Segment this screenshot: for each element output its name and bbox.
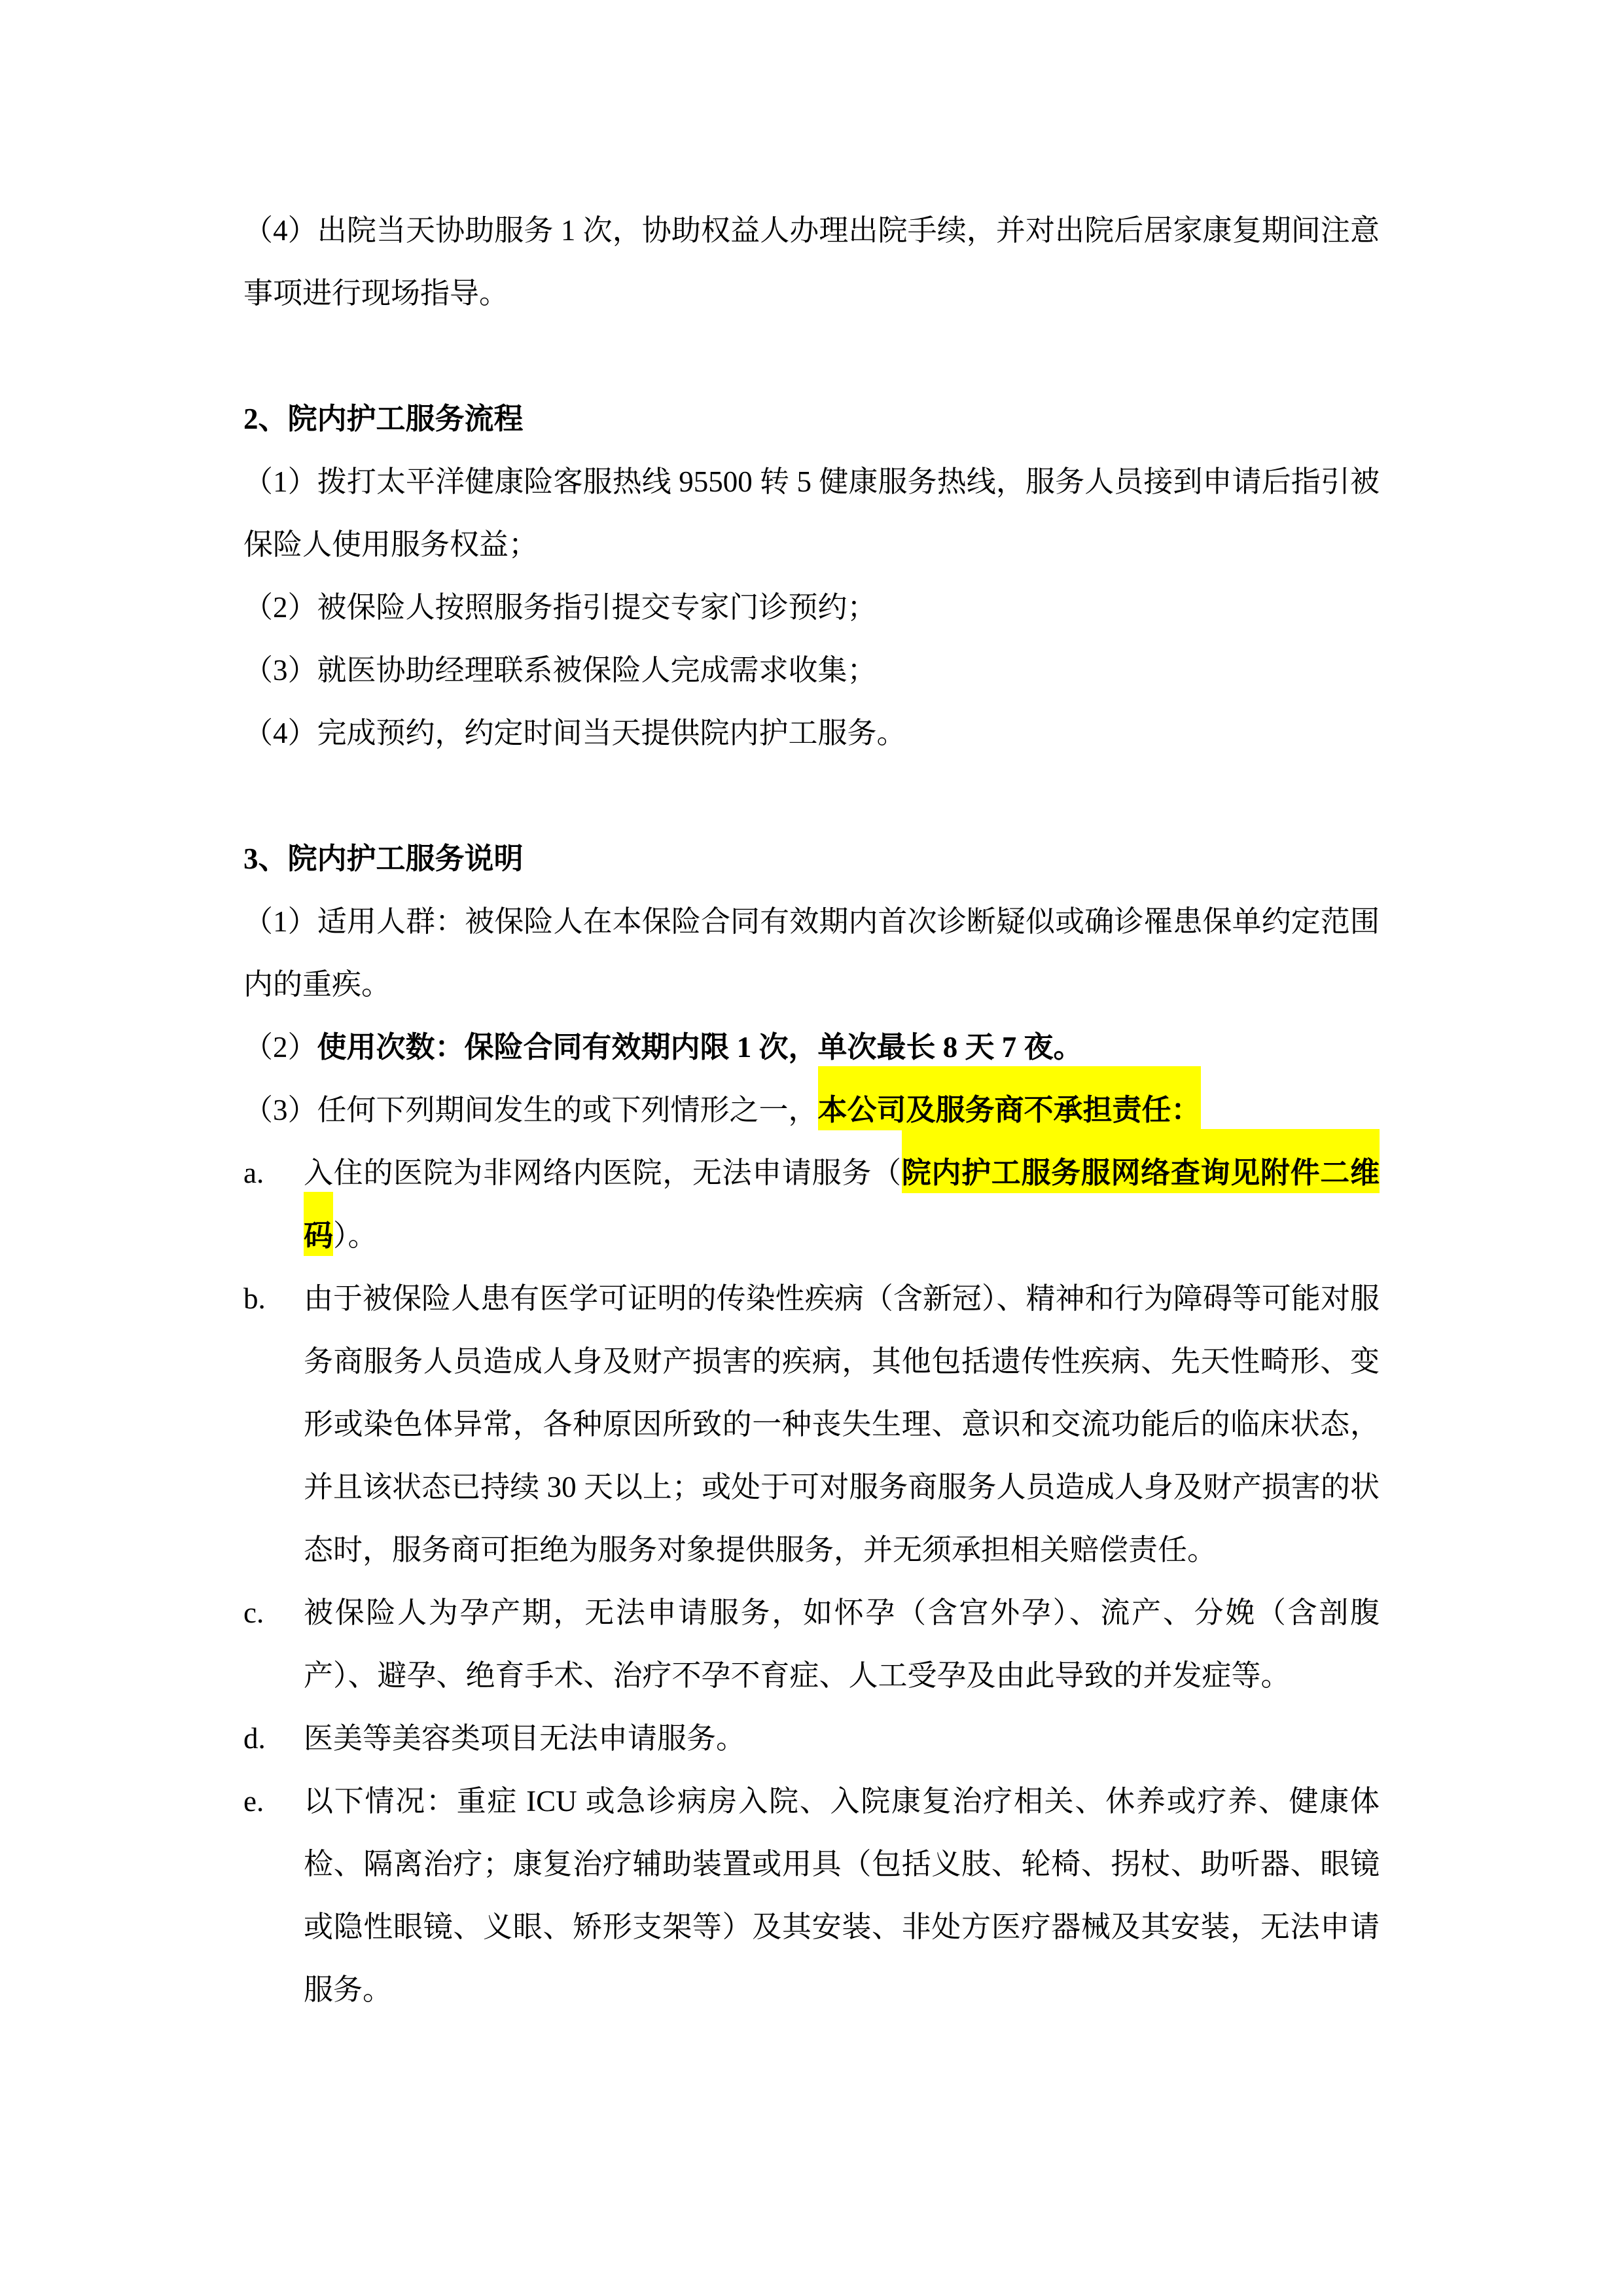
text-run: 3、院内护工服务说明 (243, 842, 524, 875)
text-run: ）。 (333, 1219, 378, 1252)
text-run: （2）被保险人按照服务指引提交专家门诊预约； (243, 591, 877, 624)
paragraph: （4）出院当天协助服务 1 次，协助权益人办理出院手续，并对出院后居家康复期间注… (243, 199, 1380, 325)
text-run: 2、院内护工服务流程 (243, 403, 524, 435)
list-item: e.以下情况：重症 ICU 或急诊病房入院、入院康复治疗相关、休养或疗养、健康体… (243, 1770, 1380, 2021)
text-run: 使用次数：保险合同有效期内限 1 次，单次最长 8 天 7 夜。 (317, 1031, 1083, 1064)
text-run: （1）拨打太平洋健康险客服热线 95500 转 5 健康服务热线，服务人员接到申… (243, 465, 1380, 561)
paragraph: （2）被保险人按照服务指引提交专家门诊预约； (243, 576, 1380, 639)
text-run: （3）就医协助经理联系被保险人完成需求收集； (243, 654, 877, 687)
blank-line (243, 325, 1380, 387)
list-item-text: 以下情况：重症 ICU 或急诊病房入院、入院康复治疗相关、休养或疗养、健康体检、… (304, 1770, 1380, 2021)
highlighted-text-run: 本公司及服务商不承担责任： (818, 1066, 1201, 1130)
list-item: d.医美等美容类项目无法申请服务。 (243, 1707, 1380, 1770)
text-run: （4）完成预约，约定时间当天提供院内护工服务。 (243, 717, 906, 749)
text-run: 以下情况：重症 ICU 或急诊病房入院、入院康复治疗相关、休养或疗养、健康体检、… (304, 1785, 1380, 2006)
list-item-text: 被保险人为孕产期，无法申请服务，如怀孕（含宫外孕）、流产、分娩（含剖腹产）、避孕… (304, 1581, 1380, 1707)
text-run: 医美等美容类项目无法申请服务。 (304, 1722, 745, 1755)
paragraph: （2）使用次数：保险合同有效期内限 1 次，单次最长 8 天 7 夜。 (243, 1016, 1380, 1079)
blank-line (243, 764, 1380, 827)
section-heading: 2、院内护工服务流程 (243, 387, 1380, 450)
text-run: 由于被保险人患有医学可证明的传染性疾病（含新冠）、精神和行为障碍等可能对服务商服… (304, 1282, 1380, 1566)
text-run: （3）任何下列期间发生的或下列情形之一， (243, 1094, 818, 1126)
document-body: （4）出院当天协助服务 1 次，协助权益人办理出院手续，并对出院后居家康复期间注… (243, 199, 1380, 2021)
text-run: （2） (243, 1031, 317, 1064)
list-marker: b. (243, 1267, 304, 1330)
list-marker: c. (243, 1581, 304, 1644)
list-marker: a. (243, 1141, 304, 1204)
paragraph: （1）拨打太平洋健康险客服热线 95500 转 5 健康服务热线，服务人员接到申… (243, 450, 1380, 576)
section-heading: 3、院内护工服务说明 (243, 827, 1380, 890)
document-page: （4）出院当天协助服务 1 次，协助权益人办理出院手续，并对出院后居家康复期间注… (0, 0, 1623, 2296)
highlighted-text-run: 院内护工服务服网络查询见附件二维码 (304, 1129, 1380, 1256)
text-run: 入住的医院为非网络内医院，无法申请服务（ (304, 1157, 902, 1189)
paragraph: （3）就医协助经理联系被保险人完成需求收集； (243, 639, 1380, 702)
text-run: （4）出院当天协助服务 1 次，协助权益人办理出院手续，并对出院后居家康复期间注… (243, 214, 1380, 310)
paragraph: （1）适用人群：被保险人在本保险合同有效期内首次诊断疑似或确诊罹患保单约定范围内… (243, 890, 1380, 1016)
text-run: （1）适用人群：被保险人在本保险合同有效期内首次诊断疑似或确诊罹患保单约定范围内… (243, 905, 1380, 1001)
list-item-text: 医美等美容类项目无法申请服务。 (304, 1707, 1380, 1770)
list-item: c.被保险人为孕产期，无法申请服务，如怀孕（含宫外孕）、流产、分娩（含剖腹产）、… (243, 1581, 1380, 1707)
list-item-text: 由于被保险人患有医学可证明的传染性疾病（含新冠）、精神和行为障碍等可能对服务商服… (304, 1267, 1380, 1581)
list-marker: d. (243, 1707, 304, 1770)
text-run: 被保险人为孕产期，无法申请服务，如怀孕（含宫外孕）、流产、分娩（含剖腹产）、避孕… (304, 1596, 1380, 1692)
list-item: a.入住的医院为非网络内医院，无法申请服务（院内护工服务服网络查询见附件二维码）… (243, 1141, 1380, 1267)
list-marker: e. (243, 1770, 304, 1833)
paragraph: （4）完成预约，约定时间当天提供院内护工服务。 (243, 702, 1380, 764)
list-item: b.由于被保险人患有医学可证明的传染性疾病（含新冠）、精神和行为障碍等可能对服务… (243, 1267, 1380, 1581)
list-item-text: 入住的医院为非网络内医院，无法申请服务（院内护工服务服网络查询见附件二维码）。 (304, 1141, 1380, 1267)
